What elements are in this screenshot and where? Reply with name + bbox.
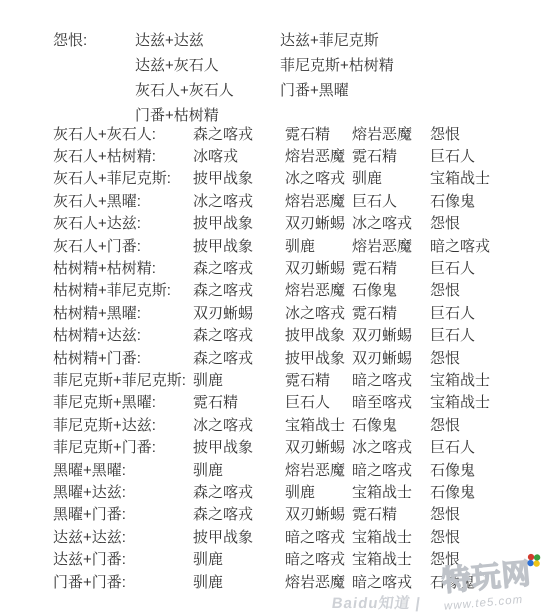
result-cell-1: 森之喀戎 [193, 257, 285, 278]
combo-label: 灰石人+灰石人: [53, 123, 193, 144]
result-cell-1: 披甲战象 [193, 167, 285, 188]
result-cell-3: 驯鹿 [352, 167, 430, 188]
result-cell-1: 森之喀戎 [193, 123, 285, 144]
result-cell-1: 驯鹿 [193, 459, 285, 480]
result-cell-1: 驯鹿 [193, 548, 285, 569]
summary-combo-col1: 灰石人+灰石人 [135, 79, 280, 100]
result-cell-1: 森之喀戎 [193, 347, 285, 368]
result-cell-2: 驯鹿 [285, 481, 352, 502]
combo-label: 门番+门番: [53, 571, 193, 592]
result-cell-2: 冰之喀戎 [285, 302, 352, 323]
result-cell-2: 披甲战象 [285, 347, 352, 368]
result-cell-2: 披甲战象 [285, 324, 352, 345]
result-cell-3: 霓石精 [352, 302, 430, 323]
result-cell-1: 披甲战象 [193, 235, 285, 256]
result-cell-3: 宝箱战士 [352, 548, 430, 569]
result-cell-2: 巨石人 [285, 391, 352, 412]
combo-label: 菲尼克斯+黑曜: [53, 391, 193, 412]
result-cell-3: 冰之喀戎 [352, 212, 430, 233]
combo-label: 灰石人+门番: [53, 235, 193, 256]
result-cell-1: 森之喀戎 [193, 481, 285, 502]
result-cell-3: 霓石精 [352, 503, 430, 524]
table-row: 达兹+达兹: 披甲战象 暗之喀戎 宝箱战士 怨恨 [0, 525, 555, 547]
result-cell-3: 巨石人 [352, 190, 430, 211]
result-cell-2: 驯鹿 [285, 235, 352, 256]
table-row: 菲尼克斯+黑曜: 霓石精 巨石人 暗至喀戎 宝箱战士 [0, 391, 555, 413]
result-cell-1: 披甲战象 [193, 436, 285, 457]
result-cell-1: 冰喀戎 [193, 145, 285, 166]
table-row: 黑曜+门番: 森之喀戎 双刃蜥蜴 霓石精 怨恨 [0, 503, 555, 525]
result-cell-2: 双刃蜥蜴 [285, 503, 352, 524]
result-cell-4: 怨恨 [430, 414, 555, 435]
result-cell-3: 霓石精 [352, 145, 430, 166]
summary-combo-col2: 门番+黑曜 [280, 79, 555, 100]
henchman-summary-block: 怨恨: 达兹+达兹 达兹+菲尼克斯 达兹+灰石人 菲尼克斯+枯树精 灰石人+灰石… [0, 27, 555, 127]
result-cell-4: 宝箱战士 [430, 391, 555, 412]
result-cell-3: 双刃蜥蜴 [352, 324, 430, 345]
result-cell-2: 霓石精 [285, 123, 352, 144]
result-cell-3: 熔岩恶魔 [352, 235, 430, 256]
combo-label: 枯树精+达兹: [53, 324, 193, 345]
result-cell-4: 石像鬼 [430, 481, 555, 502]
baidu-zhidao-watermark: Baidu知道 | [331, 592, 423, 613]
result-cell-1: 森之喀戎 [193, 324, 285, 345]
result-cell-2: 暗之喀戎 [285, 526, 352, 547]
result-cell-4: 石像鬼 [430, 459, 555, 480]
combo-label: 菲尼克斯+达兹: [53, 414, 193, 435]
combo-label: 菲尼克斯+门番: [53, 436, 193, 457]
combo-label: 菲尼克斯+菲尼克斯: [53, 369, 193, 390]
combo-label: 枯树精+菲尼克斯: [53, 279, 193, 300]
combo-label: 黑曜+达兹: [53, 481, 193, 502]
combo-label: 枯树精+黑曜: [53, 302, 193, 323]
result-cell-1: 双刃蜥蜴 [193, 302, 285, 323]
result-cell-1: 冰之喀戎 [193, 414, 285, 435]
result-cell-3: 熔岩恶魔 [352, 123, 430, 144]
site-watermark: 特玩网 www.te5.com [440, 549, 555, 613]
table-row: 灰石人+灰石人: 森之喀戎 霓石精 熔岩恶魔 怨恨 [0, 122, 555, 144]
result-cell-3: 石像鬼 [352, 414, 430, 435]
result-cell-4: 巨石人 [430, 145, 555, 166]
result-cell-2: 熔岩恶魔 [285, 459, 352, 480]
summary-row: 灰石人+灰石人 门番+黑曜 [0, 77, 555, 102]
result-cell-3: 暗至喀戎 [352, 391, 430, 412]
summary-combo-col1: 达兹+达兹 [135, 29, 280, 50]
result-cell-4: 怨恨 [430, 212, 555, 233]
combo-label: 灰石人+枯树精: [53, 145, 193, 166]
result-cell-3: 暗之喀戎 [352, 571, 430, 592]
table-row: 灰石人+枯树精: 冰喀戎 熔岩恶魔 霓石精 巨石人 [0, 144, 555, 166]
result-cell-4: 怨恨 [430, 526, 555, 547]
result-cell-3: 冰之喀戎 [352, 436, 430, 457]
result-cell-2: 霓石精 [285, 369, 352, 390]
combo-label: 枯树精+枯树精: [53, 257, 193, 278]
result-cell-2: 宝箱战士 [285, 414, 352, 435]
result-cell-4: 怨恨 [430, 503, 555, 524]
summary-combo-col2: 达兹+菲尼克斯 [280, 29, 555, 50]
result-cell-1: 披甲战象 [193, 212, 285, 233]
result-cell-2: 熔岩恶魔 [285, 190, 352, 211]
result-cell-1: 披甲战象 [193, 526, 285, 547]
result-cell-2: 冰之喀戎 [285, 167, 352, 188]
result-cell-3: 宝箱战士 [352, 526, 430, 547]
table-row: 黑曜+黑曜: 驯鹿 熔岩恶魔 暗之喀戎 石像鬼 [0, 458, 555, 480]
table-row: 灰石人+黑曜: 冰之喀戎 熔岩恶魔 巨石人 石像鬼 [0, 189, 555, 211]
result-cell-4: 怨恨 [430, 279, 555, 300]
result-cell-2: 双刃蜥蜴 [285, 212, 352, 233]
table-row: 枯树精+菲尼克斯: 森之喀戎 熔岩恶魔 石像鬼 怨恨 [0, 279, 555, 301]
summary-row: 怨恨: 达兹+达兹 达兹+菲尼克斯 [0, 27, 555, 52]
result-cell-4: 怨恨 [430, 123, 555, 144]
combo-label: 灰石人+菲尼克斯: [53, 167, 193, 188]
recipe-table: 灰石人+灰石人: 森之喀戎 霓石精 熔岩恶魔 怨恨 灰石人+枯树精: 冰喀戎 熔… [0, 122, 555, 592]
result-cell-4: 巨石人 [430, 257, 555, 278]
table-row: 枯树精+黑曜: 双刃蜥蜴 冰之喀戎 霓石精 巨石人 [0, 301, 555, 323]
table-row: 枯树精+达兹: 森之喀戎 披甲战象 双刃蜥蜴 巨石人 [0, 324, 555, 346]
table-row: 灰石人+门番: 披甲战象 驯鹿 熔岩恶魔 暗之喀戎 [0, 234, 555, 256]
result-cell-1: 冰之喀戎 [193, 190, 285, 211]
combo-label: 黑曜+黑曜: [53, 459, 193, 480]
result-cell-1: 霓石精 [193, 391, 285, 412]
combo-label: 黑曜+门番: [53, 503, 193, 524]
table-row: 灰石人+达兹: 披甲战象 双刃蜥蜴 冰之喀戎 怨恨 [0, 212, 555, 234]
summary-result-label: 怨恨: [53, 29, 135, 50]
result-cell-3: 宝箱战士 [352, 481, 430, 502]
result-cell-3: 暗之喀戎 [352, 459, 430, 480]
result-cell-1: 森之喀戎 [193, 503, 285, 524]
result-cell-1: 驯鹿 [193, 571, 285, 592]
result-cell-4: 怨恨 [430, 347, 555, 368]
result-cell-4: 宝箱战士 [430, 369, 555, 390]
combo-label: 达兹+门番: [53, 548, 193, 569]
result-cell-2: 熔岩恶魔 [285, 571, 352, 592]
combo-label: 达兹+达兹: [53, 526, 193, 547]
result-cell-4: 巨石人 [430, 302, 555, 323]
combo-label: 灰石人+黑曜: [53, 190, 193, 211]
table-row: 菲尼克斯+菲尼克斯: 驯鹿 霓石精 暗之喀戎 宝箱战士 [0, 368, 555, 390]
pinwheel-logo-icon [524, 550, 546, 572]
result-cell-1: 森之喀戎 [193, 279, 285, 300]
table-row: 枯树精+枯树精: 森之喀戎 双刃蜥蜴 霓石精 巨石人 [0, 256, 555, 278]
table-row: 菲尼克斯+门番: 披甲战象 双刃蜥蜴 冰之喀戎 巨石人 [0, 435, 555, 457]
summary-combo-col1: 达兹+灰石人 [135, 54, 280, 75]
summary-row: 达兹+灰石人 菲尼克斯+枯树精 [0, 52, 555, 77]
result-cell-3: 霓石精 [352, 257, 430, 278]
site-watermark-name: 特玩网 [440, 551, 533, 600]
result-cell-2: 双刃蜥蜴 [285, 257, 352, 278]
result-cell-4: 石像鬼 [430, 190, 555, 211]
summary-combo-col2: 菲尼克斯+枯树精 [280, 54, 555, 75]
table-row: 黑曜+达兹: 森之喀戎 驯鹿 宝箱战士 石像鬼 [0, 480, 555, 502]
result-cell-3: 双刃蜥蜴 [352, 347, 430, 368]
result-cell-4: 巨石人 [430, 324, 555, 345]
combo-label: 枯树精+门番: [53, 347, 193, 368]
table-row: 菲尼克斯+达兹: 冰之喀戎 宝箱战士 石像鬼 怨恨 [0, 413, 555, 435]
result-cell-2: 熔岩恶魔 [285, 145, 352, 166]
result-cell-3: 暗之喀戎 [352, 369, 430, 390]
result-cell-2: 熔岩恶魔 [285, 279, 352, 300]
table-row: 枯树精+门番: 森之喀戎 披甲战象 双刃蜥蜴 怨恨 [0, 346, 555, 368]
result-cell-2: 双刃蜥蜴 [285, 436, 352, 457]
result-cell-3: 石像鬼 [352, 279, 430, 300]
combo-label: 灰石人+达兹: [53, 212, 193, 233]
result-cell-4: 暗之喀戎 [430, 235, 555, 256]
result-cell-1: 驯鹿 [193, 369, 285, 390]
result-cell-2: 暗之喀戎 [285, 548, 352, 569]
table-row: 灰石人+菲尼克斯: 披甲战象 冰之喀戎 驯鹿 宝箱战士 [0, 167, 555, 189]
result-cell-4: 宝箱战士 [430, 167, 555, 188]
result-cell-4: 巨石人 [430, 436, 555, 457]
